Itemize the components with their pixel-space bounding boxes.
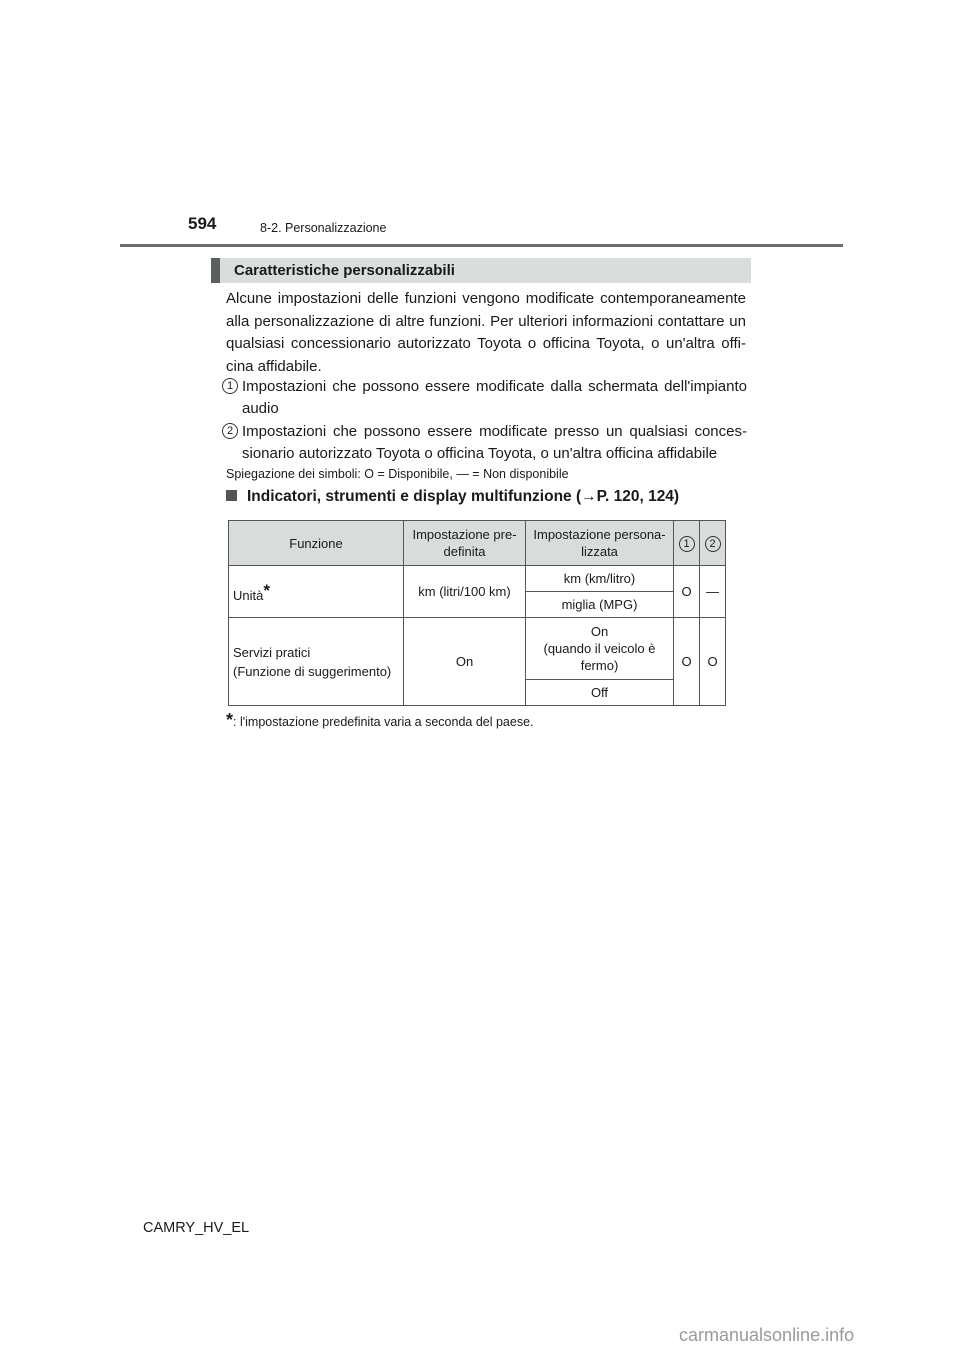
section-title-bar: Caratteristiche personalizzabili [211, 258, 751, 283]
cell-custom: On(quando il veicolo èfermo) [526, 618, 674, 680]
section-breadcrumb: 8-2. Personalizzazione [260, 221, 386, 235]
circled-number-icon: 1 [222, 378, 238, 394]
intro-paragraph: Alcune impostazioni delle funzioni vengo… [226, 288, 746, 378]
settings-table: Funzione Impostazione pre-definita Impos… [228, 520, 726, 706]
header-divider [120, 244, 843, 247]
list-item-text: Impostazioni che possono essere modifica… [242, 376, 747, 419]
circled-number-icon: 2 [222, 423, 238, 439]
page-number: 594 [188, 214, 216, 234]
circled-number-icon: 1 [679, 536, 695, 552]
cell-col2: — [700, 566, 726, 618]
list-item: 1 Impostazioni che possono essere modifi… [222, 376, 747, 419]
section-title: Caratteristiche personalizzabili [234, 262, 455, 279]
subheading: Indicatori, strumenti e display multifun… [226, 488, 679, 506]
cell-default: km (litri/100 km) [404, 566, 526, 618]
cell-custom: km (km/litro) [526, 566, 674, 592]
header-custom: Impostazione persona-lizzata [526, 521, 674, 566]
list-item: 2 Impostazioni che possono essere modifi… [222, 421, 747, 464]
subheading-text: Indicatori, strumenti e display multifun… [247, 488, 679, 505]
header-function: Funzione [229, 521, 404, 566]
footnote: *: l'impostazione predefinita varia a se… [226, 710, 534, 731]
document-code: CAMRY_HV_EL [143, 1220, 249, 1236]
table-row: Unità* km (litri/100 km) km (km/litro) O… [229, 566, 726, 592]
cell-function: Servizi pratici(Funzione di suggerimento… [229, 618, 404, 706]
cell-col1: O [674, 566, 700, 618]
section-accent [211, 258, 220, 283]
cell-default: On [404, 618, 526, 706]
asterisk-mark: * [226, 710, 233, 730]
symbol-legend: Spiegazione dei simboli: O = Disponibile… [226, 467, 569, 481]
circled-number-icon: 2 [705, 536, 721, 552]
table-row: Servizi pratici(Funzione di suggerimento… [229, 618, 726, 680]
header-default: Impostazione pre-definita [404, 521, 526, 566]
asterisk-mark: * [263, 581, 270, 600]
cell-custom: miglia (MPG) [526, 592, 674, 618]
cell-custom: Off [526, 680, 674, 706]
list-item-text: Impostazioni che possono essere modifica… [242, 421, 747, 464]
cell-col2: O [700, 618, 726, 706]
header-col1: 1 [674, 521, 700, 566]
footnote-text: : l'impostazione predefinita varia a sec… [233, 715, 534, 729]
header-col2: 2 [700, 521, 726, 566]
watermark: carmanualsonline.info [679, 1325, 854, 1346]
table-header-row: Funzione Impostazione pre-definita Impos… [229, 521, 726, 566]
square-bullet-icon [226, 490, 237, 501]
cell-col1: O [674, 618, 700, 706]
cell-function: Unità* [229, 566, 404, 618]
